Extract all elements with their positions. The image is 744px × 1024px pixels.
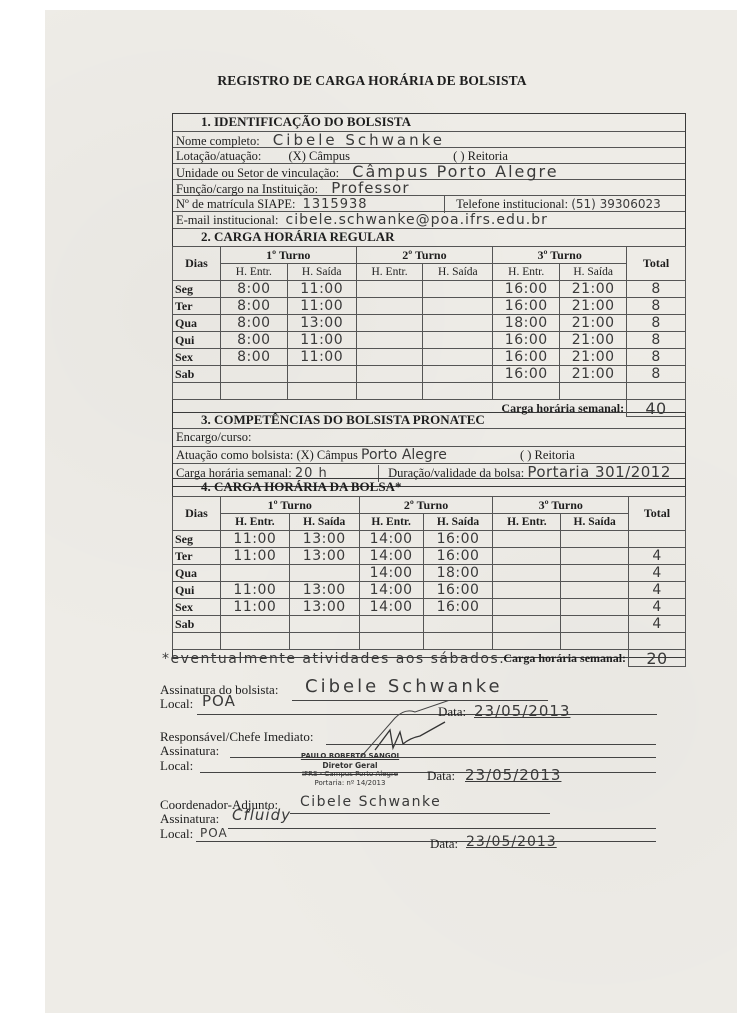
chefe-data-label: Data: bbox=[427, 768, 455, 784]
section-3-heading: 3. COMPETÊNCIAS DO BOLSISTA PRONATEC bbox=[173, 412, 685, 429]
col-t1-saida: H. Saída bbox=[289, 514, 359, 531]
t2-entr bbox=[356, 281, 423, 298]
t3-entr: 16:00 bbox=[493, 281, 560, 298]
siape-cell: Nº de matrícula SIAPE: 1315938 bbox=[173, 196, 445, 213]
t3-entr: 16:00 bbox=[493, 366, 560, 383]
table-row: Sab 16:00 21:00 8 bbox=[173, 366, 686, 383]
t1-entr: 11:00 bbox=[220, 599, 289, 616]
t1-saida: 13:00 bbox=[289, 531, 359, 548]
regular-hours-table: Dias 1º Turno 2º Turno 3º Turno Total H.… bbox=[172, 246, 686, 417]
t3-entr: 16:00 bbox=[493, 349, 560, 366]
t2-saida bbox=[423, 332, 493, 349]
encargo-field: Encargo/curso: bbox=[173, 429, 685, 447]
siape-value: 1315938 bbox=[303, 197, 368, 212]
funcao-label: Função/cargo na Instituição: bbox=[176, 182, 318, 196]
stamp-role: Diretor Geral bbox=[270, 761, 430, 770]
t2-saida: 16:00 bbox=[423, 531, 493, 548]
table-row: Sab 4 bbox=[173, 616, 686, 633]
row-total bbox=[629, 531, 686, 548]
t3-saida: 21:00 bbox=[560, 349, 627, 366]
chefe-local-label: Local: bbox=[160, 758, 193, 774]
t1-saida: 11:00 bbox=[287, 332, 356, 349]
stamp-name: PAULO ROBERTO SANGOI bbox=[270, 752, 430, 761]
day-label: Ter bbox=[173, 548, 221, 565]
t1-entr: 11:00 bbox=[220, 548, 289, 565]
t2-saida bbox=[423, 349, 493, 366]
col-turno-1: 1º Turno bbox=[220, 497, 359, 514]
atuacao-label: Atuação como bolsista: (X) Câmpus bbox=[176, 448, 358, 462]
col-turno-3: 3º Turno bbox=[493, 247, 627, 264]
section-1-frame: 1. IDENTIFICAÇÃO DO BOLSISTA Nome comple… bbox=[172, 113, 686, 413]
t1-entr: 8:00 bbox=[220, 349, 287, 366]
t1-entr: 8:00 bbox=[220, 315, 287, 332]
t1-entr bbox=[220, 366, 287, 383]
responsavel-line bbox=[326, 744, 656, 745]
footnote: *eventualmente atividades aos sábados. bbox=[162, 651, 505, 667]
spacer-row bbox=[173, 383, 686, 400]
col-t1-entr: H. Entr. bbox=[220, 264, 287, 281]
lotacao-reitoria-checkbox: ( ) Reitoria bbox=[453, 149, 508, 163]
t1-saida bbox=[289, 565, 359, 582]
section-3-frame: 3. COMPETÊNCIAS DO BOLSISTA PRONATEC Enc… bbox=[172, 412, 686, 487]
atuacao-value: Porto Alegre bbox=[361, 447, 447, 463]
t2-entr: 14:00 bbox=[359, 565, 423, 582]
t1-saida: 13:00 bbox=[289, 582, 359, 599]
day-label: Seg bbox=[173, 531, 221, 548]
col-t1-entr: H. Entr. bbox=[220, 514, 289, 531]
section-4-heading: 4. CARGA HORÁRIA DA BOLSA* bbox=[173, 479, 685, 496]
col-t2-entr: H. Entr. bbox=[359, 514, 423, 531]
day-label: Sex bbox=[173, 349, 221, 366]
signature-scribble-icon bbox=[355, 700, 465, 760]
t3-entr bbox=[493, 531, 561, 548]
email-field: E-mail institucional: cibele.schwanke@po… bbox=[173, 212, 685, 229]
lotacao-label: Lotação/atuação: bbox=[176, 149, 261, 163]
unidade-label: Unidade ou Setor de vinculação: bbox=[176, 166, 339, 180]
day-label: Sab bbox=[173, 366, 221, 383]
chefe-data-value: 23/05/2013 bbox=[465, 766, 561, 784]
t1-entr: 8:00 bbox=[220, 332, 287, 349]
row-total: 8 bbox=[627, 281, 686, 298]
t1-saida: 13:00 bbox=[287, 315, 356, 332]
row-total: 4 bbox=[629, 582, 686, 599]
day-label: Ter bbox=[173, 298, 221, 315]
t3-entr: 16:00 bbox=[493, 332, 560, 349]
t3-saida bbox=[561, 531, 629, 548]
coordenador-local-value: POA bbox=[200, 826, 228, 840]
table-row: Seg 8:00 11:00 16:00 21:00 8 bbox=[173, 281, 686, 298]
table-row: Qua 8:00 13:00 18:00 21:00 8 bbox=[173, 315, 686, 332]
row-total: 8 bbox=[627, 298, 686, 315]
day-label: Qui bbox=[173, 582, 221, 599]
t2-saida: 18:00 bbox=[423, 565, 493, 582]
table-row: Sex 11:00 13:00 14:00 16:00 4 bbox=[173, 599, 686, 616]
day-label: Sab bbox=[173, 616, 221, 633]
col-t2-saida: H. Saída bbox=[423, 264, 493, 281]
weekly-value: 20 bbox=[629, 650, 686, 667]
coordenador-data-value: 23/05/2013 bbox=[466, 834, 557, 850]
t3-entr bbox=[493, 548, 561, 565]
telefone-value: (51) 39306023 bbox=[571, 197, 661, 211]
t2-entr bbox=[356, 366, 423, 383]
t2-saida bbox=[423, 366, 493, 383]
col-t3-entr: H. Entr. bbox=[493, 514, 561, 531]
day-label: Qua bbox=[173, 315, 221, 332]
row-total: 8 bbox=[627, 366, 686, 383]
encargo-label: Encargo/curso: bbox=[176, 430, 251, 444]
t1-saida: 11:00 bbox=[287, 281, 356, 298]
t2-saida: 16:00 bbox=[423, 548, 493, 565]
coordenador-assinatura-label: Assinatura: bbox=[160, 811, 219, 827]
col-t2-saida: H. Saída bbox=[423, 514, 493, 531]
siape-label: Nº de matrícula SIAPE: bbox=[176, 197, 295, 211]
unidade-field: Unidade ou Setor de vinculação: Câmpus P… bbox=[173, 164, 685, 180]
coordenador-assinatura-line bbox=[228, 828, 656, 829]
t1-entr: 8:00 bbox=[220, 281, 287, 298]
nome-field: Nome completo: Cibele Schwanke bbox=[173, 132, 685, 148]
t1-saida: 11:00 bbox=[287, 349, 356, 366]
t1-saida: 13:00 bbox=[289, 599, 359, 616]
t3-saida bbox=[561, 599, 629, 616]
t3-saida: 21:00 bbox=[560, 332, 627, 349]
t2-saida: 16:00 bbox=[423, 582, 493, 599]
email-label: E-mail institucional: bbox=[176, 213, 278, 227]
col-dias: Dias bbox=[173, 247, 221, 281]
t1-saida bbox=[287, 366, 356, 383]
t1-entr: 11:00 bbox=[220, 531, 289, 548]
lotacao-campus-checkbox: (X) Câmpus bbox=[289, 149, 350, 163]
coordenador-assinatura-value: Cfluidy bbox=[232, 806, 291, 824]
col-total: Total bbox=[629, 497, 686, 531]
chefe-assinatura-label: Assinatura: bbox=[160, 743, 219, 759]
t2-entr: 14:00 bbox=[359, 582, 423, 599]
row-total: 8 bbox=[627, 332, 686, 349]
t2-entr bbox=[359, 616, 423, 633]
telefone-label: Telefone institucional: bbox=[456, 197, 568, 211]
table-row: Ter 11:00 13:00 14:00 16:00 4 bbox=[173, 548, 686, 565]
funcao-field: Função/cargo na Instituição: Professor bbox=[173, 180, 685, 196]
col-total: Total bbox=[627, 247, 686, 281]
table-row: Ter 8:00 11:00 16:00 21:00 8 bbox=[173, 298, 686, 315]
t3-entr bbox=[493, 582, 561, 599]
row-total: 4 bbox=[629, 548, 686, 565]
t1-saida: 13:00 bbox=[289, 548, 359, 565]
atuacao-field: Atuação como bolsista: (X) Câmpus Porto … bbox=[173, 447, 685, 464]
section-4-frame: 4. CARGA HORÁRIA DA BOLSA* Dias 1º Turno… bbox=[172, 478, 686, 658]
bolsista-local-label: Local: bbox=[160, 696, 193, 712]
t1-entr: 8:00 bbox=[220, 298, 287, 315]
t2-entr bbox=[356, 315, 423, 332]
day-label: Sex bbox=[173, 599, 221, 616]
col-t2-entr: H. Entr. bbox=[356, 264, 423, 281]
t3-entr bbox=[493, 565, 561, 582]
t2-entr bbox=[356, 332, 423, 349]
col-t3-saida: H. Saída bbox=[561, 514, 629, 531]
stamp-portaria: Portaria: nº 14/2013 bbox=[270, 779, 430, 788]
row-total: 4 bbox=[629, 565, 686, 582]
coordenador-line bbox=[290, 813, 550, 814]
col-turno-2: 2º Turno bbox=[356, 247, 493, 264]
t2-saida bbox=[423, 315, 493, 332]
spacer-row bbox=[173, 633, 686, 650]
atuacao-reitoria-checkbox: ( ) Reitoria bbox=[520, 448, 575, 462]
director-stamp: PAULO ROBERTO SANGOI Diretor Geral IFRS … bbox=[270, 752, 430, 788]
t2-entr: 14:00 bbox=[359, 531, 423, 548]
t1-entr bbox=[220, 616, 289, 633]
t3-saida bbox=[561, 616, 629, 633]
row-total: 4 bbox=[629, 599, 686, 616]
col-t3-saida: H. Saída bbox=[560, 264, 627, 281]
page-title: REGISTRO DE CARGA HORÁRIA DE BOLSISTA bbox=[0, 73, 744, 89]
t3-saida: 21:00 bbox=[560, 315, 627, 332]
coordenador-local-line bbox=[196, 841, 656, 842]
t3-entr: 18:00 bbox=[493, 315, 560, 332]
nome-value: Cibele Schwanke bbox=[273, 131, 445, 149]
t3-saida: 21:00 bbox=[560, 366, 627, 383]
t2-entr: 14:00 bbox=[359, 599, 423, 616]
t3-saida bbox=[561, 582, 629, 599]
siape-field: Nº de matrícula SIAPE: 1315938 Telefone … bbox=[173, 196, 685, 212]
day-label: Seg bbox=[173, 281, 221, 298]
t1-saida: 11:00 bbox=[287, 298, 356, 315]
row-total: 8 bbox=[627, 349, 686, 366]
col-turno-2: 2º Turno bbox=[359, 497, 493, 514]
t2-saida bbox=[423, 298, 493, 315]
t3-saida: 21:00 bbox=[560, 298, 627, 315]
section-1-heading: 1. IDENTIFICAÇÃO DO BOLSISTA bbox=[173, 114, 685, 132]
table-row: Seg 11:00 13:00 14:00 16:00 bbox=[173, 531, 686, 548]
table-row: Qua 14:00 18:00 4 bbox=[173, 565, 686, 582]
bolsista-local-value: POA bbox=[202, 692, 236, 710]
funcao-value: Professor bbox=[331, 179, 409, 197]
t3-saida bbox=[561, 565, 629, 582]
bolsista-data-value: 23/05/2013 bbox=[474, 702, 570, 720]
table-row: Qui 11:00 13:00 14:00 16:00 4 bbox=[173, 582, 686, 599]
bolsista-signature-value: Cibele Schwanke bbox=[305, 676, 503, 697]
t2-saida bbox=[423, 616, 493, 633]
row-total: 8 bbox=[627, 315, 686, 332]
table-row: Qui 8:00 11:00 16:00 21:00 8 bbox=[173, 332, 686, 349]
t1-saida bbox=[289, 616, 359, 633]
email-value: cibele.schwanke@poa.ifrs.edu.br bbox=[286, 212, 548, 228]
scholarship-hours-table: Dias 1º Turno 2º Turno 3º Turno Total H.… bbox=[172, 496, 686, 667]
day-label: Qui bbox=[173, 332, 221, 349]
stamp-unit: IFRS - Campus Porto Alegre bbox=[270, 770, 430, 779]
col-turno-3: 3º Turno bbox=[493, 497, 629, 514]
t2-entr bbox=[356, 349, 423, 366]
col-t3-entr: H. Entr. bbox=[493, 264, 560, 281]
coordenador-data-label: Data: bbox=[430, 836, 458, 852]
section-2-heading: 2. CARGA HORÁRIA REGULAR bbox=[173, 229, 685, 246]
t1-entr: 11:00 bbox=[220, 582, 289, 599]
t3-entr: 16:00 bbox=[493, 298, 560, 315]
col-turno-1: 1º Turno bbox=[220, 247, 356, 264]
t3-saida bbox=[561, 548, 629, 565]
table-row: Sex 8:00 11:00 16:00 21:00 8 bbox=[173, 349, 686, 366]
col-dias: Dias bbox=[173, 497, 221, 531]
col-t1-saida: H. Saída bbox=[287, 264, 356, 281]
t2-entr bbox=[356, 298, 423, 315]
t3-entr bbox=[493, 616, 561, 633]
row-total: 4 bbox=[629, 616, 686, 633]
t3-saida: 21:00 bbox=[560, 281, 627, 298]
t2-entr: 14:00 bbox=[359, 548, 423, 565]
t2-saida bbox=[423, 281, 493, 298]
day-label: Qua bbox=[173, 565, 221, 582]
nome-label: Nome completo: bbox=[176, 134, 260, 148]
t3-entr bbox=[493, 599, 561, 616]
t2-saida: 16:00 bbox=[423, 599, 493, 616]
t1-entr bbox=[220, 565, 289, 582]
coordenador-value: Cibele Schwanke bbox=[300, 794, 441, 810]
coordenador-local-label: Local: bbox=[160, 826, 193, 842]
